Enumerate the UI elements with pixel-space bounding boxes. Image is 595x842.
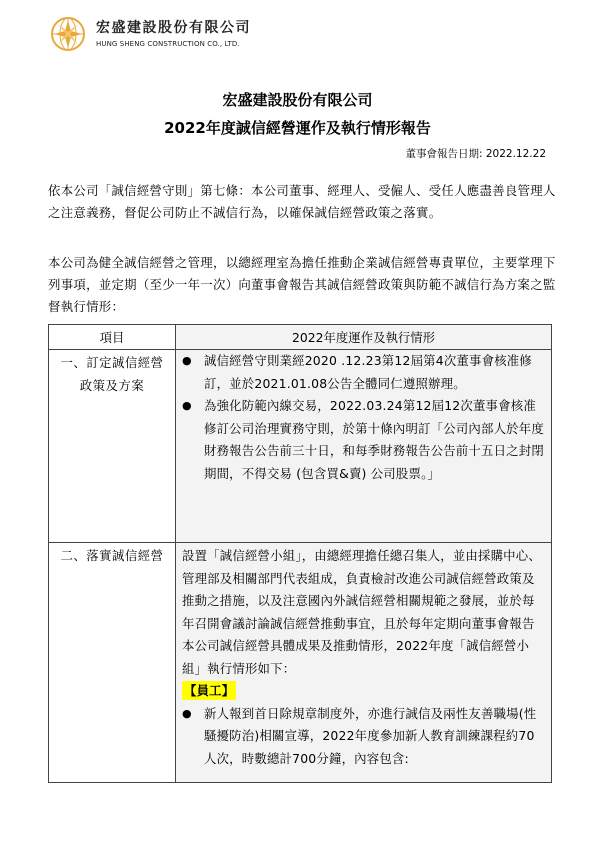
intro-paragraph-2: 本公司為健全誠信經營之管理，以總經理室為擔任推動企業誠信經營專責單位，主要掌理下…: [48, 252, 558, 318]
table-header-row: 項目 2022年度運作及執行情形: [49, 325, 552, 350]
report-date: 董事會報告日期: 2022.12.22: [406, 146, 547, 161]
row-item-label: 一、訂定誠信經營 政策及方案: [49, 350, 175, 397]
document-title-company: 宏盛建設股份有限公司: [0, 89, 595, 110]
integrity-report-table: 項目 2022年度運作及執行情形 一、訂定誠信經營 政策及方案 ● 誠信經營守則…: [48, 324, 552, 783]
table-row: 二、落實誠信經營 設置「誠信經營小組」，由總經理擔任總召集人，並由採購中心、管理…: [49, 543, 552, 783]
document-title-report: 2022年度誠信經營運作及執行情形報告: [0, 117, 595, 138]
table-row: 一、訂定誠信經營 政策及方案 ● 誠信經營守則業經2020 .12.23第12屆…: [49, 350, 552, 543]
list-item: ● 為強化防範內線交易，2022.03.24第12屆12次董事會核准修訂公司治理…: [176, 395, 551, 485]
row-item-label: 二、落實誠信經營: [49, 543, 175, 568]
header-item: 項目: [49, 325, 176, 350]
row-intro-text: 設置「誠信經營小組」，由總經理擔任總召集人，並由採購中心、管理部及相關部門代表組…: [176, 543, 551, 680]
bullet-icon: ●: [182, 350, 204, 395]
list-item: ● 誠信經營守則業經2020 .12.23第12屆第4次董事會核准修訂，並於20…: [176, 350, 551, 395]
bullet-icon: ●: [182, 703, 204, 771]
list-item: ● 新人報到首日除規章制度外，亦進行誠信及兩性友善職場(性騷擾防治)相關宣導，2…: [176, 703, 551, 771]
company-name-cn: 宏盛建設股份有限公司: [96, 17, 251, 37]
company-logo-icon: [50, 16, 86, 52]
company-name-en: HUNG SHENG CONSTRUCTION CO., LTD.: [96, 40, 240, 48]
intro-paragraph-1: 依本公司「誠信經營守則」第七條：本公司董事、經理人、受僱人、受任人應盡善良管理人…: [48, 180, 558, 224]
header-status: 2022年度運作及執行情形: [176, 325, 552, 350]
section-label-employees: 【員工】: [182, 681, 236, 700]
bullet-icon: ●: [182, 395, 204, 485]
